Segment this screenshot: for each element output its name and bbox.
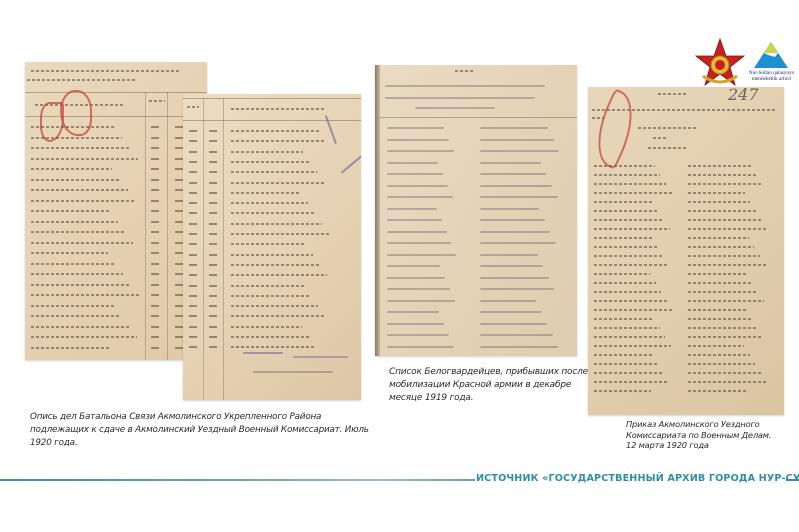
archive-logo-line2: memlekettik arhivi: [744, 76, 799, 82]
caption-order: Приказ Акмолинского Уездного Комиссариат…: [626, 419, 799, 451]
mountain-triangle-icon: [744, 40, 799, 70]
source-credit: ИСТОЧНИК «ГОСУДАРСТВЕННЫЙ АРХИВ ГОРОДА Н…: [476, 473, 788, 484]
caption-white-guard-list: Список Белогвардейцев, прибывших после м…: [389, 366, 589, 405]
archive-logo: Nur-Sultan qalasynyn memlekettik arhivi: [744, 40, 799, 86]
white-guard-list-image: [375, 65, 577, 356]
caption-order-line3: 12 марта 1920 года: [626, 440, 799, 451]
red-star-emblem-icon: [695, 38, 745, 88]
inventory-document-image: [25, 62, 207, 360]
caption-order-line2: Комиссариата по Военным Делам.: [626, 430, 799, 441]
caption-order-line1: Приказ Акмолинского Уездного: [626, 419, 799, 430]
inventory-document-page2-image: [183, 94, 361, 400]
caption-inventory: Опись дел Батальона Связи Акмолинского У…: [30, 411, 375, 450]
footer-divider-end: [786, 479, 799, 481]
handwritten-number: 247: [728, 87, 759, 104]
order-document-image: 247: [588, 87, 784, 415]
footer-divider: [0, 479, 475, 481]
